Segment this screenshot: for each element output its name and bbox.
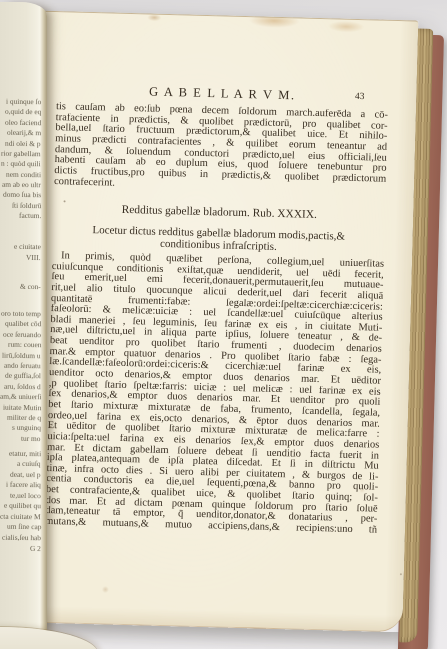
margin-fragment: aru, ſoldos d xyxy=(4,382,41,392)
page-number: 43 xyxy=(355,92,365,102)
margin-fragment: i quinque ſo xyxy=(6,97,41,106)
margin-fragment: VIII. xyxy=(26,253,41,262)
margin-fragment: oro toto temp xyxy=(1,309,41,319)
margin-fragment: ndi olei & p xyxy=(5,139,41,148)
main-page: G A B E L L A R V M. 43 tis cauſam ab eo… xyxy=(9,10,419,632)
running-title-text: G A B E L L A R V M. xyxy=(149,85,296,103)
margin-fragment: deat, uel p xyxy=(10,470,41,479)
margin-fragment: etatur, miti xyxy=(9,449,41,458)
margin-fragment: factum. xyxy=(19,211,41,220)
margin-fragment: e quilibet qu xyxy=(4,501,41,511)
page-curl xyxy=(0,627,98,649)
book-block: G A B E L L A R V M. 43 tis cauſam ab eo… xyxy=(9,10,419,632)
margin-fragment: & con- xyxy=(20,282,41,291)
margin-fragment: qualibet cōd xyxy=(5,319,41,329)
running-title: G A B E L L A R V M. 43 xyxy=(56,82,388,106)
rubric-heading: Redditus gabellæ bladorum. Rub. XXXIX. xyxy=(53,202,385,223)
margin-fragment: am,& uniuerſi xyxy=(0,392,41,402)
margin-fragment: cialis,ſeu hab xyxy=(2,533,41,543)
margin-fragment: rior gabellam xyxy=(1,149,41,159)
margin-fragment: ſti ſoldurū xyxy=(12,201,41,210)
margin-fragment: oce ſeruando xyxy=(3,330,41,340)
margin-fragment: rum: couen xyxy=(7,340,41,349)
printed-text-block: G A B E L L A R V M. 43 tis cauſam ab eo… xyxy=(43,12,391,630)
previous-page-edge: i quinque ſoo,quid de eqoleo faciendolea… xyxy=(0,2,47,638)
intro-paragraph: tis cauſam ab eo:ſub pœna decem ſoldorum… xyxy=(54,102,388,196)
margin-fragment: ando ſeruatu xyxy=(4,361,41,371)
margin-fragment: tur mo xyxy=(21,434,41,443)
margin-fragment: iuitate Mutin xyxy=(3,403,42,413)
margin-fragment: te,uel loco xyxy=(10,491,41,500)
margin-fragment: domo ſua bis xyxy=(3,190,41,200)
margin-fragment: oleo faciend xyxy=(5,118,41,128)
margin-fragment: i facere aliq xyxy=(6,480,41,489)
margin-fragment: nem conditi xyxy=(6,170,41,179)
body-paragraph: In primis, quòd quælibet perſona, colleg… xyxy=(45,251,384,536)
margin-fragment: olearij,& m xyxy=(7,128,41,137)
margin-fragment: de guffia,ſol xyxy=(5,371,41,381)
margin-fragment: o,quid de eq xyxy=(5,107,41,117)
margin-fragment: G 2 xyxy=(30,544,41,553)
margin-fragment: e ciuitate xyxy=(14,242,41,251)
margin-fragment: am ab eo ultr xyxy=(2,180,41,190)
book-photograph: G A B E L L A R V M. 43 tis cauſam ab eo… xyxy=(0,0,447,649)
subheading: Locetur dictus redditus gabellæ bladorum… xyxy=(52,224,384,256)
margin-fragment: um ſine cap xyxy=(6,522,41,531)
margin-fragment: a cuiuſq xyxy=(17,459,41,468)
margin-fragment: cta ciuitate M xyxy=(0,512,41,522)
margin-fragment: lirū,ſoldum u xyxy=(2,351,41,361)
margin-fragment: n : quòd quili xyxy=(1,159,41,169)
margin-fragment: militer de q xyxy=(7,413,41,422)
margin-fragment: s unguinq xyxy=(12,423,41,432)
